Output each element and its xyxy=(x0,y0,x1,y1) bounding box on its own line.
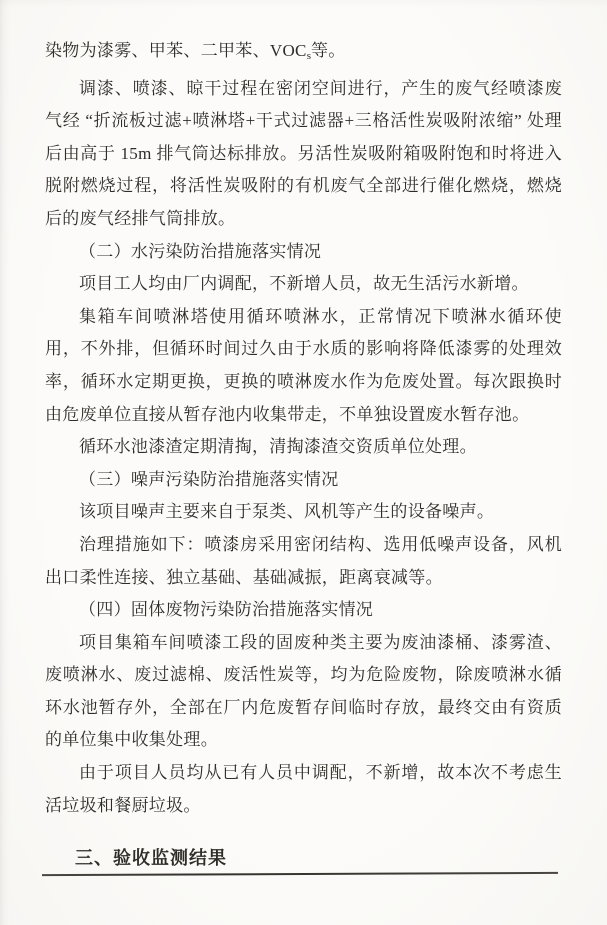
paragraph-spray-water-cycle: 集箱车间喷淋塔使用循环喷淋水，正常情况下喷淋水循环使用，不外排，但循环时间过久由… xyxy=(45,301,562,431)
paragraph-pollutants-continued: 染物为漆雾、甲苯、二甲苯、VOCs等。 xyxy=(45,35,562,73)
paragraph-noise-measures: 治理措施如下：喷漆房采用密闭结构、选用低噪声设备，风机出口柔性连接、独立基础、基… xyxy=(45,529,562,594)
subheading-noise-pollution: （三）噪声污染防治措施落实情况 xyxy=(45,464,562,497)
pollutants-text-pre: 染物为漆雾、甲苯、二甲苯、VOC xyxy=(45,41,307,60)
paragraph-solid-waste-types: 项目集箱车间喷漆工段的固废种类主要为废油漆桶、漆雾渣、废喷淋水、废过滤棉、废活性… xyxy=(45,627,562,757)
subheading-water-pollution: （二）水污染防治措施落实情况 xyxy=(45,236,562,269)
document-body: 染物为漆雾、甲苯、二甲苯、VOCs等。 调漆、喷漆、晾干过程在密闭空间进行，产生… xyxy=(45,35,562,875)
subheading-solid-waste: （四）固体废物污染防治措施落实情况 xyxy=(45,594,562,627)
document-page: 染物为漆雾、甲苯、二甲苯、VOCs等。 调漆、喷漆、晾干过程在密闭空间进行，产生… xyxy=(0,0,607,925)
pollutants-text-post: 等。 xyxy=(311,41,346,60)
paragraph-no-new-garbage: 由于项目人员均从已有人员中调配，不新增，故本次不考虑生活垃圾和餐厨垃圾。 xyxy=(45,757,562,822)
section-heading-monitoring-results: 三、验收监测结果 xyxy=(45,844,562,872)
section-divider-line xyxy=(42,872,558,876)
paragraph-no-new-wastewater: 项目工人均由厂内调配，不新增人员，故无生活污水新增。 xyxy=(45,268,562,301)
paragraph-waste-gas-treatment: 调漆、喷漆、晾干过程在密闭空间进行，产生的废气经喷漆废气经 “折流板过滤+喷淋塔… xyxy=(45,73,562,236)
paragraph-paint-residue: 循环水池漆渣定期清掏，清掏漆渣交资质单位处理。 xyxy=(45,431,562,464)
paragraph-noise-sources: 该项目噪声主要来自于泵类、风机等产生的设备噪声。 xyxy=(45,496,562,529)
